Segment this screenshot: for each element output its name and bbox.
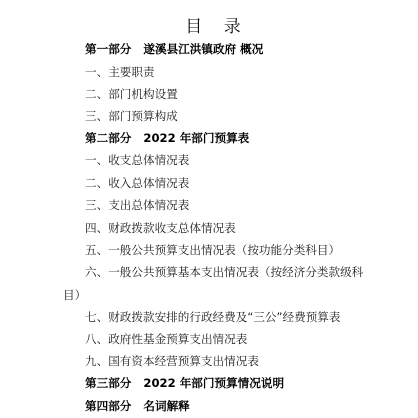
section-label: 第四部分 [85, 399, 131, 413]
toc-item: 一、主要职责 [85, 64, 155, 80]
toc-item: 五、一般公共预算支出情况表（按功能分类科目） [85, 242, 340, 258]
toc-item: 一、收支总体情况表 [85, 152, 189, 168]
toc-item: 四、财政拨款收支总体情况表 [85, 220, 236, 236]
toc-item: 二、部门机构设置 [85, 86, 178, 102]
section-heading-2: 第二部分2022 年部门预算表 [85, 130, 249, 146]
toc-item: 九、国有资本经营预算支出情况表 [85, 353, 259, 369]
toc-item: 二、收入总体情况表 [85, 175, 189, 191]
section-heading-3: 第三部分2022 年部门预算情况说明 [85, 375, 284, 391]
section-label: 第三部分 [85, 376, 131, 390]
toc-item: 三、支出总体情况表 [85, 197, 189, 213]
section-heading-1: 第一部分遂溪县江洪镇政府 概况 [85, 41, 263, 57]
section-title: 名词解释 [143, 399, 189, 413]
section-label: 第一部分 [85, 42, 131, 56]
section-title: 2022 年部门预算表 [143, 131, 249, 145]
toc-item: 六、一般公共预算基本支出情况表（按经济分类款级科 [85, 264, 363, 280]
section-title: 2022 年部门预算情况说明 [143, 376, 284, 390]
toc-item: 三、部门预算构成 [85, 108, 178, 124]
section-label: 第二部分 [85, 131, 131, 145]
toc-item: 八、政府性基金预算支出情况表 [85, 331, 247, 347]
toc-item: 七、财政拨款安排的行政经费及“三公”经费预算表 [85, 309, 340, 325]
section-heading-4: 第四部分名词解释 [85, 398, 190, 414]
section-title: 遂溪县江洪镇政府 概况 [143, 42, 263, 56]
page-title: 目 录 [0, 16, 418, 38]
toc-item-wrap: 目） [63, 287, 86, 303]
